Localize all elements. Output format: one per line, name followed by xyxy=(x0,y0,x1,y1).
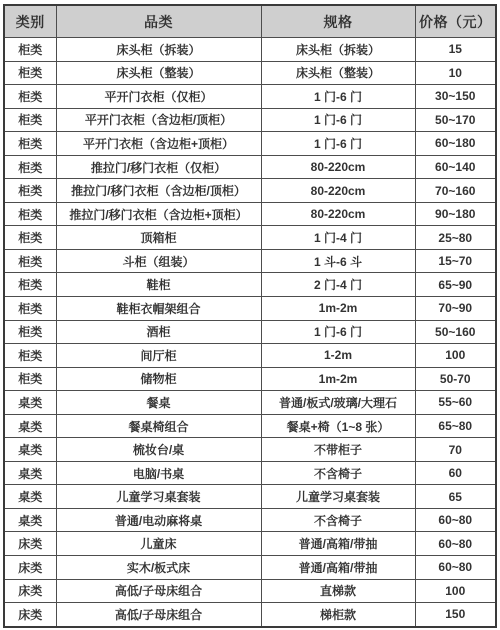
table-row: 桌类普通/电动麻将桌不含椅子60~80 xyxy=(4,508,496,532)
category-cell: 柜类 xyxy=(4,108,56,132)
category-cell: 柜类 xyxy=(4,273,56,297)
item-cell: 床头柜（拆装） xyxy=(56,38,261,62)
price-cell: 10 xyxy=(415,61,496,85)
table-row: 柜类床头柜（拆装）床头柜（拆装）15 xyxy=(4,38,496,62)
spec-cell: 不含椅子 xyxy=(261,461,415,485)
table-row: 柜类床头柜（整装）床头柜（整装）10 xyxy=(4,61,496,85)
item-cell: 普通/电动麻将桌 xyxy=(56,508,261,532)
table-body: 柜类床头柜（拆装）床头柜（拆装）15柜类床头柜（整装）床头柜（整装）10柜类平开… xyxy=(4,38,496,627)
category-cell: 桌类 xyxy=(4,391,56,415)
category-cell: 柜类 xyxy=(4,132,56,156)
item-cell: 推拉门/移门衣柜（含边柜+顶柜） xyxy=(56,202,261,226)
price-cell: 65~90 xyxy=(415,273,496,297)
spec-cell: 梯柜款 xyxy=(261,603,415,627)
item-cell: 梳妆台/桌 xyxy=(56,438,261,462)
header-cell: 类别 xyxy=(4,5,56,38)
spec-cell: 80-220cm xyxy=(261,179,415,203)
item-cell: 儿童学习桌套装 xyxy=(56,485,261,509)
item-cell: 斗柜（组装） xyxy=(56,249,261,273)
table-row: 柜类斗柜（组装）1 斗-6 斗15~70 xyxy=(4,249,496,273)
table-row: 床类高低/子母床组合直梯款100 xyxy=(4,579,496,603)
table-row: 桌类餐桌普通/板式/玻璃/大理石55~60 xyxy=(4,391,496,415)
category-cell: 桌类 xyxy=(4,508,56,532)
spec-cell: 1 门-6 门 xyxy=(261,85,415,109)
price-cell: 60~80 xyxy=(415,532,496,556)
table-row: 柜类间厅柜1-2m100 xyxy=(4,344,496,368)
table-row: 柜类储物柜1m-2m50-70 xyxy=(4,367,496,391)
price-cell: 60~80 xyxy=(415,556,496,580)
item-cell: 实木/板式床 xyxy=(56,556,261,580)
spec-cell: 1 门-6 门 xyxy=(261,108,415,132)
item-cell: 高低/子母床组合 xyxy=(56,579,261,603)
spec-cell: 1 门-6 门 xyxy=(261,132,415,156)
price-cell: 65 xyxy=(415,485,496,509)
price-cell: 60~80 xyxy=(415,508,496,532)
spec-cell: 1m-2m xyxy=(261,367,415,391)
category-cell: 床类 xyxy=(4,579,56,603)
spec-cell: 普通/板式/玻璃/大理石 xyxy=(261,391,415,415)
spec-cell: 不含椅子 xyxy=(261,508,415,532)
header-row: 类别品类规格价格（元） xyxy=(4,5,496,38)
table-row: 柜类平开门衣柜（仅柜）1 门-6 门30~150 xyxy=(4,85,496,109)
price-cell: 60 xyxy=(415,461,496,485)
category-cell: 柜类 xyxy=(4,320,56,344)
table-row: 床类儿童床普通/高箱/带抽60~80 xyxy=(4,532,496,556)
price-cell: 50~160 xyxy=(415,320,496,344)
item-cell: 餐桌椅组合 xyxy=(56,414,261,438)
category-cell: 柜类 xyxy=(4,179,56,203)
item-cell: 鞋柜衣帽架组合 xyxy=(56,297,261,321)
spec-cell: 不带柜子 xyxy=(261,438,415,462)
item-cell: 儿童床 xyxy=(56,532,261,556)
spec-cell: 床头柜（拆装） xyxy=(261,38,415,62)
spec-cell: 1 门-4 门 xyxy=(261,226,415,250)
item-cell: 鞋柜 xyxy=(56,273,261,297)
price-cell: 90~180 xyxy=(415,202,496,226)
category-cell: 柜类 xyxy=(4,367,56,391)
price-cell: 30~150 xyxy=(415,85,496,109)
price-cell: 70 xyxy=(415,438,496,462)
table-row: 床类实木/板式床普通/高箱/带抽60~80 xyxy=(4,556,496,580)
price-cell: 100 xyxy=(415,579,496,603)
category-cell: 床类 xyxy=(4,532,56,556)
spec-cell: 80-220cm xyxy=(261,202,415,226)
price-cell: 50-70 xyxy=(415,367,496,391)
table-row: 柜类平开门衣柜（含边柜+顶柜）1 门-6 门60~180 xyxy=(4,132,496,156)
price-cell: 25~80 xyxy=(415,226,496,250)
spec-cell: 床头柜（整装） xyxy=(261,61,415,85)
category-cell: 柜类 xyxy=(4,249,56,273)
category-cell: 柜类 xyxy=(4,85,56,109)
furniture-price-table: 类别品类规格价格（元） 柜类床头柜（拆装）床头柜（拆装）15柜类床头柜（整装）床… xyxy=(3,4,497,628)
table-row: 柜类鞋柜2 门-4 门65~90 xyxy=(4,273,496,297)
category-cell: 柜类 xyxy=(4,344,56,368)
category-cell: 柜类 xyxy=(4,202,56,226)
category-cell: 床类 xyxy=(4,556,56,580)
spec-cell: 1-2m xyxy=(261,344,415,368)
table-row: 柜类推拉门/移门衣柜（仅柜）80-220cm60~140 xyxy=(4,155,496,179)
item-cell: 储物柜 xyxy=(56,367,261,391)
table-row: 柜类酒柜1 门-6 门50~160 xyxy=(4,320,496,344)
spec-cell: 1 门-6 门 xyxy=(261,320,415,344)
table-row: 柜类推拉门/移门衣柜（含边柜+顶柜）80-220cm90~180 xyxy=(4,202,496,226)
spec-cell: 儿童学习桌套装 xyxy=(261,485,415,509)
price-cell: 65~80 xyxy=(415,414,496,438)
table-row: 桌类电脑/书桌不含椅子60 xyxy=(4,461,496,485)
price-cell: 60~180 xyxy=(415,132,496,156)
category-cell: 桌类 xyxy=(4,461,56,485)
category-cell: 柜类 xyxy=(4,61,56,85)
price-table-container: 类别品类规格价格（元） 柜类床头柜（拆装）床头柜（拆装）15柜类床头柜（整装）床… xyxy=(3,4,497,628)
header-cell: 品类 xyxy=(56,5,261,38)
category-cell: 柜类 xyxy=(4,226,56,250)
item-cell: 推拉门/移门衣柜（仅柜） xyxy=(56,155,261,179)
table-row: 桌类儿童学习桌套装儿童学习桌套装65 xyxy=(4,485,496,509)
spec-cell: 1m-2m xyxy=(261,297,415,321)
item-cell: 顶箱柜 xyxy=(56,226,261,250)
item-cell: 高低/子母床组合 xyxy=(56,603,261,627)
spec-cell: 普通/高箱/带抽 xyxy=(261,556,415,580)
item-cell: 酒柜 xyxy=(56,320,261,344)
category-cell: 柜类 xyxy=(4,155,56,179)
price-cell: 150 xyxy=(415,603,496,627)
spec-cell: 普通/高箱/带抽 xyxy=(261,532,415,556)
price-cell: 50~170 xyxy=(415,108,496,132)
spec-cell: 1 斗-6 斗 xyxy=(261,249,415,273)
header-cell: 价格（元） xyxy=(415,5,496,38)
price-cell: 100 xyxy=(415,344,496,368)
category-cell: 床类 xyxy=(4,603,56,627)
category-cell: 桌类 xyxy=(4,414,56,438)
price-cell: 60~140 xyxy=(415,155,496,179)
price-cell: 15 xyxy=(415,38,496,62)
spec-cell: 2 门-4 门 xyxy=(261,273,415,297)
table-row: 桌类餐桌椅组合餐桌+椅（1~8 张）65~80 xyxy=(4,414,496,438)
item-cell: 床头柜（整装） xyxy=(56,61,261,85)
item-cell: 平开门衣柜（含边柜+顶柜） xyxy=(56,132,261,156)
item-cell: 电脑/书桌 xyxy=(56,461,261,485)
table-row: 柜类平开门衣柜（含边柜/顶柜）1 门-6 门50~170 xyxy=(4,108,496,132)
category-cell: 柜类 xyxy=(4,38,56,62)
table-row: 柜类鞋柜衣帽架组合1m-2m70~90 xyxy=(4,297,496,321)
item-cell: 平开门衣柜（含边柜/顶柜） xyxy=(56,108,261,132)
price-cell: 55~60 xyxy=(415,391,496,415)
item-cell: 间厅柜 xyxy=(56,344,261,368)
price-cell: 70~90 xyxy=(415,297,496,321)
category-cell: 柜类 xyxy=(4,297,56,321)
item-cell: 平开门衣柜（仅柜） xyxy=(56,85,261,109)
spec-cell: 80-220cm xyxy=(261,155,415,179)
price-cell: 70~160 xyxy=(415,179,496,203)
item-cell: 餐桌 xyxy=(56,391,261,415)
header-cell: 规格 xyxy=(261,5,415,38)
table-row: 床类高低/子母床组合梯柜款150 xyxy=(4,603,496,627)
table-row: 柜类顶箱柜1 门-4 门25~80 xyxy=(4,226,496,250)
spec-cell: 餐桌+椅（1~8 张） xyxy=(261,414,415,438)
table-row: 柜类推拉门/移门衣柜（含边柜/顶柜）80-220cm70~160 xyxy=(4,179,496,203)
price-cell: 15~70 xyxy=(415,249,496,273)
item-cell: 推拉门/移门衣柜（含边柜/顶柜） xyxy=(56,179,261,203)
spec-cell: 直梯款 xyxy=(261,579,415,603)
category-cell: 桌类 xyxy=(4,485,56,509)
category-cell: 桌类 xyxy=(4,438,56,462)
table-row: 桌类梳妆台/桌不带柜子70 xyxy=(4,438,496,462)
